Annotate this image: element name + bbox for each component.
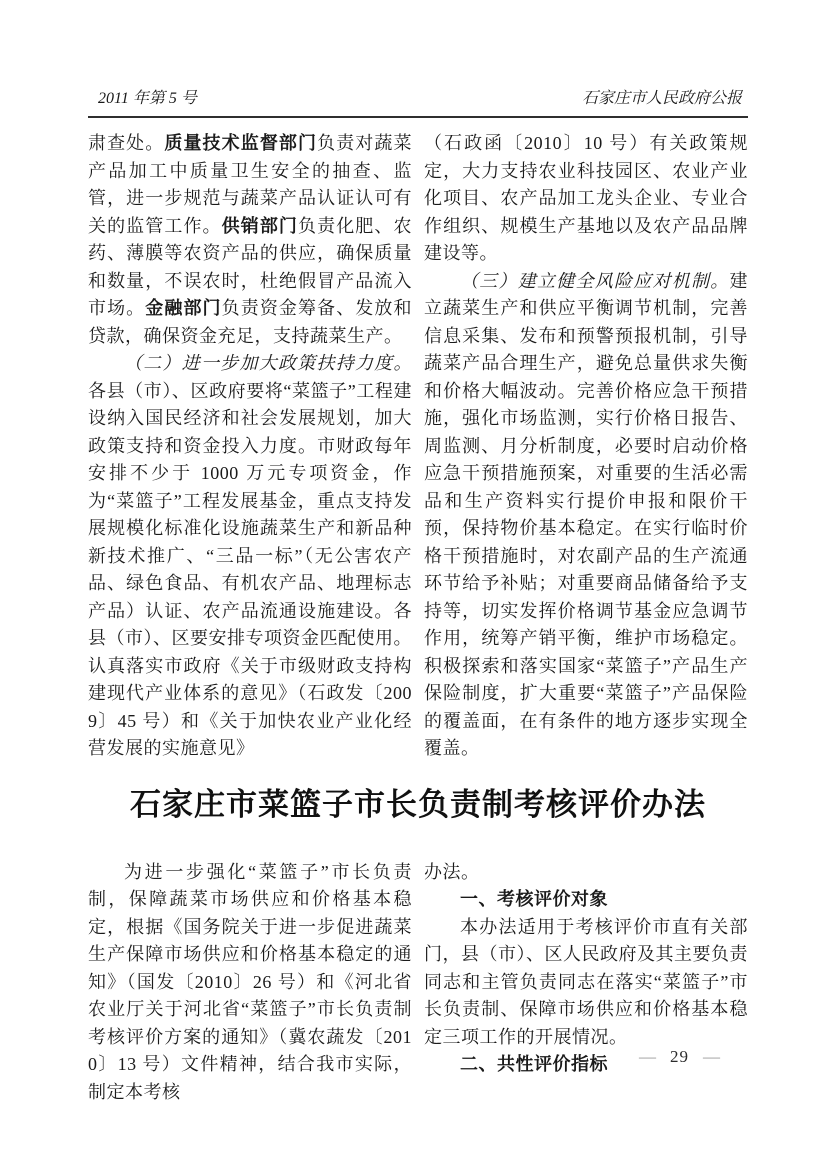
text-run: 各县（市）、区政府要将“菜篮子”工程建设纳入国民经济和社会发展规划，加大政策支持… bbox=[88, 381, 412, 759]
article-title: 石家庄市菜篮子市长负责制考核评价办法 bbox=[88, 783, 748, 827]
dept-quality-supervision-bold: 质量技术监督部门 bbox=[164, 133, 317, 153]
right-column: 办法。 一、考核评价对象 本办法适用于考核评价市直有关部门，县（市）、区人民政府… bbox=[424, 859, 748, 1107]
paragraph-item-3: （三）建立健全风险应对机制。建立蔬菜生产和供应平衡调节机制，完善信息采集、发布和… bbox=[424, 268, 748, 763]
article-continuation-section: 肃查处。质量技术监督部门负责对蔬菜产品加工中质量卫生安全的抽查、监管，进一步规范… bbox=[88, 130, 748, 763]
left-column: 肃查处。质量技术监督部门负责对蔬菜产品加工中质量卫生安全的抽查、监管，进一步规范… bbox=[88, 130, 412, 763]
dept-finance-bold: 金融部门 bbox=[145, 298, 221, 318]
paragraph-item-2: （二）进一步加大政策扶持力度。各县（市）、区政府要将“菜篮子”工程建设纳入国民经… bbox=[88, 350, 412, 763]
paragraph-departments: 肃查处。质量技术监督部门负责对蔬菜产品加工中质量卫生安全的抽查、监管，进一步规范… bbox=[88, 130, 412, 350]
page-header: 2011 年第 5 号 石家庄市人民政府公报 bbox=[88, 88, 748, 114]
gazette-page: 2011 年第 5 号 石家庄市人民政府公报 肃查处。质量技术监督部门负责对蔬菜… bbox=[0, 0, 826, 1169]
page-content: 2011 年第 5 号 石家庄市人民政府公报 肃查处。质量技术监督部门负责对蔬菜… bbox=[88, 88, 748, 1106]
page-number-value: 29 bbox=[670, 1047, 689, 1067]
item-2-heading: （二）进一步加大政策扶持力度。 bbox=[124, 353, 412, 373]
text-run: 肃查处。 bbox=[88, 133, 164, 153]
page-number: — 29 — bbox=[639, 1047, 720, 1067]
dept-supply-marketing-bold: 供销部门 bbox=[222, 216, 298, 236]
text-run: 建立蔬菜生产和供应平衡调节机制，完善信息采集、发布和预警预报机制，引导蔬菜产品合… bbox=[424, 271, 748, 759]
paragraph-scope: 本办法适用于考核评价市直有关部门，县（市）、区人民政府及其主要负责同志和主管负责… bbox=[424, 914, 748, 1052]
page-number-dash-left: — bbox=[639, 1047, 656, 1067]
left-column: 为进一步强化“菜篮子”市长负责制，保障蔬菜市场供应和价格基本稳定，根据《国务院关… bbox=[88, 859, 412, 1107]
paragraph-continuation: 办法。 bbox=[424, 859, 748, 887]
item-3-heading: （三）建立健全风险应对机制。 bbox=[460, 271, 730, 291]
right-column: （石政函〔2010〕10 号）有关政策规定，大力支持农业科技园区、农业产业化项目… bbox=[424, 130, 748, 763]
issue-number: 2011 年第 5 号 bbox=[98, 88, 197, 110]
article-body-section: 为进一步强化“菜篮子”市长负责制，保障蔬菜市场供应和价格基本稳定，根据《国务院关… bbox=[88, 859, 748, 1107]
section-heading-1: 一、考核评价对象 bbox=[424, 886, 748, 914]
paragraph-intro: 为进一步强化“菜篮子”市长负责制，保障蔬菜市场供应和价格基本稳定，根据《国务院关… bbox=[88, 859, 412, 1107]
header-rule bbox=[88, 116, 748, 118]
paragraph-continuation: （石政函〔2010〕10 号）有关政策规定，大力支持农业科技园区、农业产业化项目… bbox=[424, 130, 748, 268]
page-number-dash-right: — bbox=[703, 1047, 720, 1067]
gazette-title: 石家庄市人民政府公报 bbox=[582, 88, 742, 110]
